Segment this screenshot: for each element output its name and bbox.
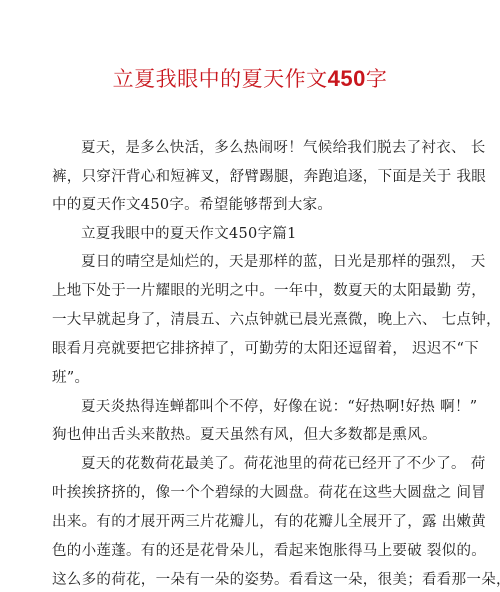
intro-line-3: 中的夏天作文450字。希望能够帮到大家。 xyxy=(52,195,482,215)
title-suffix: 字 xyxy=(366,67,388,91)
para3-line-4: 色的小莲蓬。有的还是花骨朵儿，看起来饱胀得马上要破 裂似的。 xyxy=(52,541,482,561)
para1-line-1: 夏日的晴空是灿烂的，天是那样的蓝，日光是那样的强烈， 天 xyxy=(81,252,500,272)
section-heading: 立夏我眼中的夏天作文450字篇1 xyxy=(81,224,500,244)
title-prefix: 立夏我眼中的夏天作文 xyxy=(113,67,328,91)
para3-line-1: 夏天的花数荷花最美了。荷花池里的荷花已经开了不少了。 荷 xyxy=(81,454,500,474)
intro-line-1: 夏天，是多么快活，多么热闹呀！气候给我们脱去了衬衣、 长 xyxy=(81,138,500,158)
para1-line-5: 班”。 xyxy=(52,368,482,388)
document-title: 立夏我眼中的夏天作文450字 xyxy=(0,64,500,94)
para3-line-5: 这么多的荷花，一朵有一朵的姿势。看看这一朵，很美；看看那一朵， xyxy=(52,570,482,590)
para2-line-1: 夏天炎热得连蝉都叫个不停，好像在说：“好热啊!好热 啊！” xyxy=(81,397,500,417)
para1-line-3: 一大早就起身了，清晨五、六点钟就已晨光熹微，晚上六、 七点钟， xyxy=(52,310,482,330)
document-page: 立夏我眼中的夏天作文450字 夏天，是多么快活，多么热闹呀！气候给我们脱去了衬衣… xyxy=(0,0,500,592)
para3-line-2: 叶挨挨挤挤的，像一个个碧绿的大圆盘。荷花在这些大圆盘之 间冒 xyxy=(52,483,482,503)
para3-line-3: 出来。有的才展开两三片花瓣儿，有的花瓣儿全展开了，露 出嫩黄 xyxy=(52,512,482,532)
para1-line-2: 上地下处于一片耀眼的光明之中。一年中，数夏天的太阳最勤 劳， xyxy=(52,281,482,301)
intro-line-2: 裤，只穿汗背心和短裤叉，舒臂踢腿，奔跑追逐，下面是关于 我眼 xyxy=(52,167,482,187)
para1-line-4: 眼看月亮就要把它排挤掉了，可勤劳的太阳还逗留着， 迟迟不“下 xyxy=(52,339,482,359)
para2-line-2: 狗也伸出舌头来散热。夏天虽然有风，但大多数都是熏风。 xyxy=(52,425,482,445)
title-number: 450 xyxy=(328,66,366,91)
